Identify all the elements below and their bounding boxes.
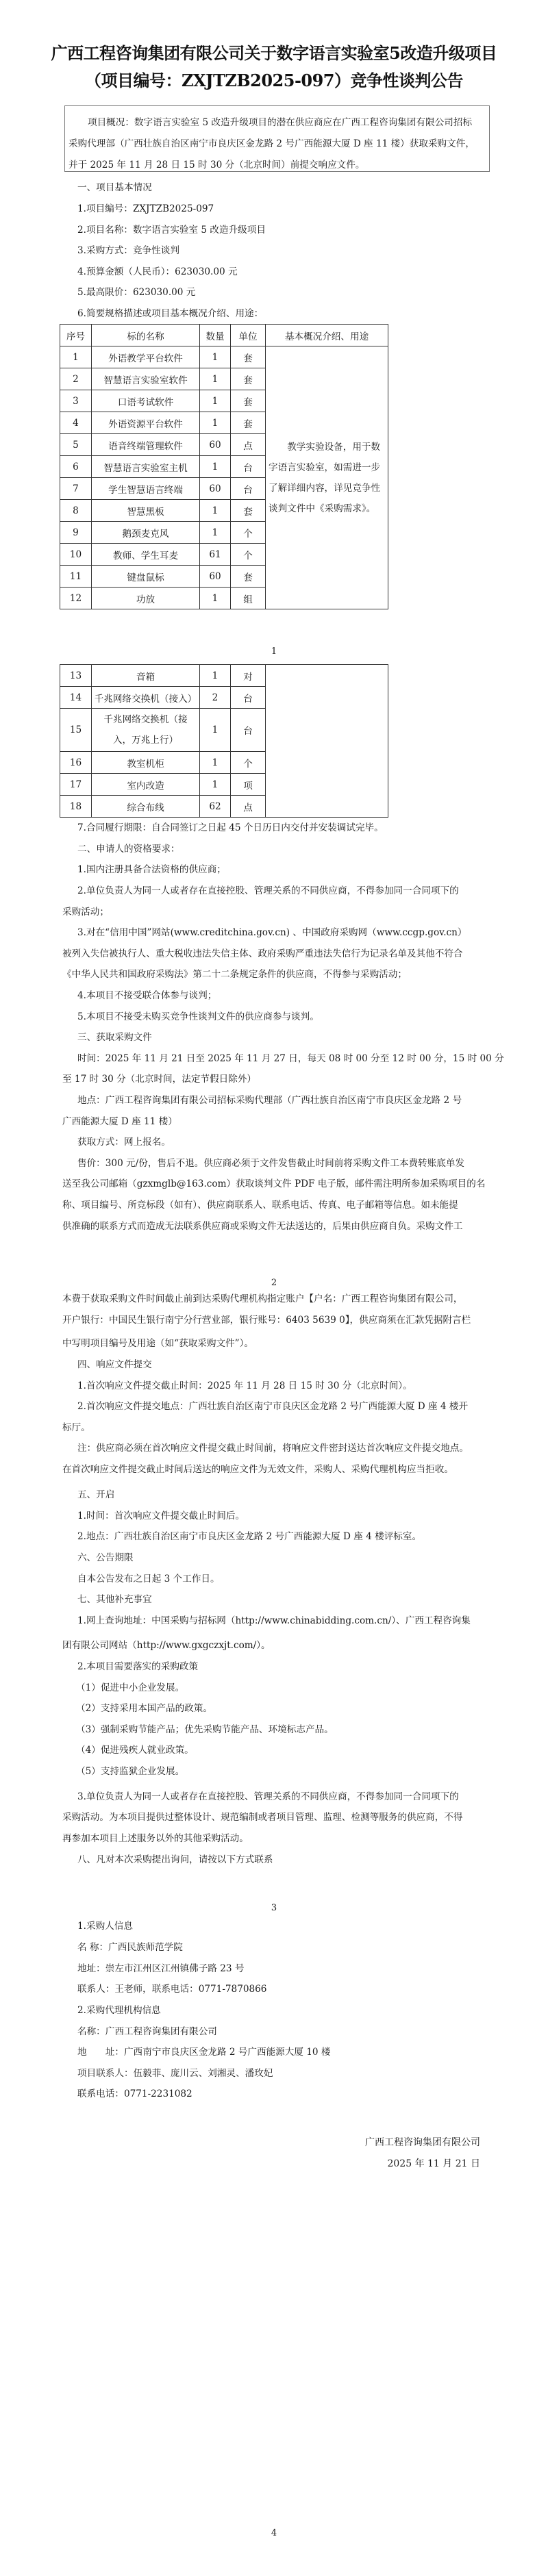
row-unit: 台 — [231, 709, 266, 752]
online-query-b: 团有限公司网站（http://www.gxgczxjt.com/）。 — [62, 1639, 271, 1652]
budget-amount: 4.预算金额（人民币）：623030.00 元 — [77, 266, 238, 278]
row-name: 鹅颈麦克风 — [92, 522, 200, 544]
signature-date: 2025 年 11 月 21 日 — [387, 2156, 480, 2170]
policy-item: （2）支持采用本国产品的政策。 — [76, 1702, 212, 1715]
submission-note-b: 在首次响应文件提交截止时间后送达的响应文件为无效文件，采购人、采购代理机构应当拒… — [62, 1463, 453, 1476]
row-unit: 个 — [231, 544, 266, 566]
row-name: 音箱 — [92, 665, 200, 687]
row-no: 3 — [60, 390, 92, 412]
price-d: 供准确的联系方式而造成无法联系供应商或采购文件无法送达的，后果由供应商自负。采购… — [62, 1220, 463, 1233]
online-query-a: 1.网上查询地址：中国采购与招标网（http://www.chinabiddin… — [77, 1615, 471, 1627]
qualification-4: 4.本项目不接受联合体参与谈判； — [77, 989, 216, 1002]
row-unit: 台 — [231, 478, 266, 500]
row-name: 教师、学生耳麦 — [92, 544, 200, 566]
row-qty: 1 — [200, 665, 231, 687]
row-qty: 1 — [200, 456, 231, 478]
row-unit: 个 — [231, 522, 266, 544]
row-no: 8 — [60, 500, 92, 522]
contract-period: 7.合同履行期限：自合同签订之日起 45 个日历日内交付并安装调试完毕。 — [77, 822, 384, 834]
agency-heading: 2.采购代理机构信息 — [77, 2004, 161, 2017]
row-name: 千兆网络交换机（接入） — [92, 687, 200, 709]
overview-line2: 采购代理部（广西壮族自治区南宁市良庆区金龙路 2 号广西能源大厦 D 座 11 … — [68, 136, 475, 149]
obtain-place-a: 地点：广西工程咨询集团有限公司招标采购代理部（广西壮族自治区南宁市良庆区金龙路 … — [77, 1094, 462, 1107]
row-qty: 60 — [200, 566, 231, 588]
row-qty: 1 — [200, 588, 231, 609]
submission-deadline: 1.首次响应文件提交截止时间：2025 年 11 月 28 日 15 时 30 … — [77, 1380, 412, 1392]
page-number: 3 — [0, 1903, 548, 1913]
row-no: 6 — [60, 456, 92, 478]
agency-contacts: 项目联系人：伍毅菲、庞川云、刘湘灵、潘玫妃 — [77, 2067, 273, 2080]
row-no: 2 — [60, 368, 92, 390]
qualification-5: 5.本项目不接受未购买竞争性谈判文件的供应商参与谈判。 — [77, 1011, 319, 1023]
submission-place-a: 2.首次响应文件提交地点：广西壮族自治区南宁市良庆区金龙路 2 号广西能源大厦 … — [77, 1400, 468, 1413]
purchaser-contact: 联系人：王老师，联系电话：0771-7870866 — [77, 1983, 266, 1995]
row-unit: 套 — [231, 346, 266, 368]
row-unit: 套 — [231, 412, 266, 434]
overview-line3: 并于 2025 年 11 月 28 日 15 时 30 分（北京时间）前提交响应… — [68, 157, 364, 171]
policy-heading: 2.本项目需要落实的采购政策 — [77, 1660, 198, 1673]
row-no: 4 — [60, 412, 92, 434]
row-no: 1 — [60, 346, 92, 368]
purchaser-heading: 1.采购人信息 — [77, 1920, 133, 1932]
row-qty: 1 — [200, 709, 231, 752]
purchaser-name: 名 称：广西民族师范学院 — [77, 1941, 183, 1954]
row-qty: 1 — [200, 368, 231, 390]
price-c: 称、项目编号、所竞标段（如有）、供应商联系人、联系电话、传真、电子邮箱等信息。如… — [62, 1199, 458, 1211]
signature-company: 广西工程咨询集团有限公司 — [365, 2135, 480, 2149]
project-name: 2.项目名称：数字语言实验室 5 改造升级项目 — [77, 224, 266, 236]
row-unit: 套 — [231, 390, 266, 412]
project-overview-box: 项目概况：数字语言实验室 5 改造升级项目的潜在供应商应在广西工程咨询集团有限公… — [64, 105, 490, 172]
row-qty: 1 — [200, 412, 231, 434]
obtain-time-a: 时间：2025 年 11 月 21 日至 2025 年 11 月 27 日，每天… — [77, 1052, 504, 1065]
header-description: 基本概况介绍、用途 — [266, 325, 388, 346]
row-qty: 60 — [200, 434, 231, 456]
qualification-2b: 采购活动； — [62, 906, 109, 918]
agency-address: 地 址：广西南宁市良庆区金龙路 2 号广西能源大厦 10 楼 — [77, 2046, 330, 2058]
related-supplier-a: 3.单位负责人为同一人或者存在直接控股、管理关系的不同供应商，不得参加同一合同项… — [77, 1791, 459, 1803]
row-no: 12 — [60, 588, 92, 609]
row-no: 16 — [60, 752, 92, 774]
row-name: 教室机柜 — [92, 752, 200, 774]
row-unit: 项 — [231, 774, 266, 796]
policy-item: （4）促进残疾人就业政策。 — [76, 1744, 194, 1756]
row-name: 口语考试软件 — [92, 390, 200, 412]
row-description-empty — [266, 665, 388, 818]
row-unit: 台 — [231, 456, 266, 478]
price-b: 送至我公司邮箱（gzxmglb@163.com）获取谈判文件 PDF 电子版，邮… — [62, 1178, 485, 1190]
row-name: 键盘鼠标 — [92, 566, 200, 588]
row-qty: 62 — [200, 796, 231, 818]
project-number: 1.项目编号：ZXJTZB2025-097 — [77, 203, 214, 215]
purchaser-address: 地址：崇左市江州区江州镇佛子路 23 号 — [77, 1962, 244, 1975]
row-unit: 套 — [231, 500, 266, 522]
table-row: 13 音箱 1 对 — [60, 665, 388, 687]
row-qty: 2 — [200, 687, 231, 709]
related-supplier-b: 采购活动。为本项目提供过整体设计、规范编制或者项目管理、监理、检测等服务的供应商… — [62, 1811, 463, 1823]
row-qty: 61 — [200, 544, 231, 566]
section5-heading: 五、开启 — [77, 1489, 114, 1501]
row-description: 教学实验设备，用于数字语言实验室，如需进一步了解详细内容，详见竞争性谈判文件中《… — [266, 346, 388, 609]
row-name: 室内改造 — [92, 774, 200, 796]
section7-heading: 七、其他补充事宜 — [77, 1593, 152, 1606]
policy-item: （5）支持监狱企业发展。 — [76, 1765, 184, 1778]
section6-heading: 六、公告期限 — [77, 1552, 134, 1564]
row-qty: 1 — [200, 390, 231, 412]
row-unit: 台 — [231, 687, 266, 709]
row-no: 5 — [60, 434, 92, 456]
table-header-row: 序号 标的名称 数量 单位 基本概况介绍、用途 — [60, 325, 388, 346]
page-number: 4 — [0, 2528, 548, 2538]
row-no: 9 — [60, 522, 92, 544]
row-no: 7 — [60, 478, 92, 500]
row-no: 17 — [60, 774, 92, 796]
row-unit: 点 — [231, 796, 266, 818]
row-no: 15 — [60, 709, 92, 752]
row-name: 外语教学平台软件 — [92, 346, 200, 368]
row-qty: 1 — [200, 522, 231, 544]
row-unit: 点 — [231, 434, 266, 456]
header-no: 序号 — [60, 325, 92, 346]
row-unit: 套 — [231, 566, 266, 588]
section1-heading: 一、项目基本情况 — [77, 181, 152, 194]
qualification-1: 1.国内注册具备合法资格的供应商； — [77, 863, 226, 876]
submission-place-b: 标厅。 — [62, 1422, 90, 1434]
row-qty: 1 — [200, 346, 231, 368]
header-unit: 单位 — [231, 325, 266, 346]
row-qty: 60 — [200, 478, 231, 500]
section2-heading: 二、申请人的资格要求： — [77, 843, 180, 855]
row-unit: 个 — [231, 752, 266, 774]
submission-note-a: 注：供应商必须在首次响应文件提交截止时间前，将响应文件密封送达首次响应文件提交地… — [77, 1442, 469, 1454]
row-name: 学生智慧语言终端 — [92, 478, 200, 500]
document-title-line2: （项目编号：ZXJTZB2025-097）竞争性谈判公告 — [0, 67, 548, 91]
price-e: 本费于获取采购文件时间截止前到达采购代理机构指定账户【户名：广西工程咨询集团有限… — [62, 1293, 463, 1305]
header-qty: 数量 — [200, 325, 231, 346]
price-a: 售价：300 元/份，售后不退。供应商必须于文件发售截止时间前将采购文件工本费转… — [77, 1157, 464, 1170]
procurement-method: 3.采购方式：竞争性谈判 — [77, 244, 179, 257]
row-name: 综合布线 — [92, 796, 200, 818]
row-no: 18 — [60, 796, 92, 818]
row-qty: 1 — [200, 500, 231, 522]
row-unit: 组 — [231, 588, 266, 609]
row-no: 11 — [60, 566, 92, 588]
qualification-3a: 3.对在“信用中国”网站(www.creditchina.gov.cn) 、中国… — [77, 926, 467, 939]
announcement-period: 自本公告发布之日起 3 个工作日。 — [77, 1573, 220, 1585]
row-name: 智慧语言实验室主机 — [92, 456, 200, 478]
agency-phone: 联系电话：0771-2231082 — [77, 2088, 192, 2100]
obtain-place-b: 广西能源大厦 D 座 11 楼） — [62, 1115, 177, 1128]
section8-heading: 八、凡对本次采购提出询问，请按以下方式联系 — [77, 1854, 273, 1866]
row-name: 外语资源平台软件 — [92, 412, 200, 434]
price-f: 开户银行：中国民生银行南宁分行营业部，银行账号：6403 5639 0】，供应商… — [62, 1314, 471, 1326]
spec-table-part2: 13 音箱 1 对 14 千兆网络交换机（接入） 2 台 15 千兆网络交换机（… — [60, 664, 388, 818]
section4-heading: 四、响应文件提交 — [77, 1359, 152, 1371]
row-name: 智慧黑板 — [92, 500, 200, 522]
qualification-2a: 2.单位负责人为同一人或者存在直接控股、管理关系的不同供应商，不得参加同一合同项… — [77, 885, 459, 897]
row-unit: 套 — [231, 368, 266, 390]
opening-time: 1.时间：首次响应文件提交截止时间后。 — [77, 1510, 245, 1522]
row-name: 智慧语言实验室软件 — [92, 368, 200, 390]
max-price: 5.最高限价：623030.00 元 — [77, 286, 195, 299]
page-number: 1 — [0, 646, 548, 657]
document-title-line1: 广西工程咨询集团有限公司关于数字语言实验室5改造升级项目 — [0, 40, 548, 64]
agency-name: 名称：广西工程咨询集团有限公司 — [77, 2025, 217, 2038]
row-qty: 1 — [200, 752, 231, 774]
price-g: 中写明项目编号及用途（如“获取采购文件”）。 — [62, 1337, 253, 1350]
row-name: 千兆网络交换机（接入，万兆上行） — [92, 709, 200, 752]
row-no: 14 — [60, 687, 92, 709]
overview-line1: 项目概况：数字语言实验室 5 改造升级项目的潜在供应商应在广西工程咨询集团有限公… — [88, 114, 472, 128]
opening-place: 2.地点：广西壮族自治区南宁市良庆区金龙路 2 号广西能源大厦 D 座 4 楼评… — [77, 1530, 421, 1543]
policy-item: （3）强制采购节能产品；优先采购节能产品、环境标志产品。 — [76, 1723, 334, 1736]
qualification-3b: 被列入失信被执行人、重大税收违法失信主体、政府采购严重违法失信行为记录名单及其他… — [62, 948, 463, 960]
spec-intro: 6.简要规格描述或项目基本概况介绍、用途： — [77, 307, 263, 320]
row-name: 功放 — [92, 588, 200, 609]
row-unit: 对 — [231, 665, 266, 687]
policy-item: （1）促进中小企业发展。 — [76, 1682, 184, 1694]
row-no: 10 — [60, 544, 92, 566]
row-name: 语音终端管理软件 — [92, 434, 200, 456]
header-name: 标的名称 — [92, 325, 200, 346]
related-supplier-c: 再参加本项目上述服务以外的其他采购活动。 — [62, 1832, 249, 1845]
obtain-method: 获取方式：网上报名。 — [77, 1136, 171, 1148]
section3-heading: 三、获取采购文件 — [77, 1031, 152, 1044]
obtain-time-b: 至 17 时 30 分（北京时间，法定节假日除外） — [62, 1073, 256, 1085]
spec-table-part1: 序号 标的名称 数量 单位 基本概况介绍、用途 1 外语教学平台软件 1 套 教… — [60, 324, 388, 609]
qualification-3c: 《中华人民共和国政府采购法》第二十二条规定条件的供应商，不得参与采购活动； — [62, 968, 407, 981]
row-qty: 1 — [200, 774, 231, 796]
page-number: 2 — [0, 1278, 548, 1288]
row-no: 13 — [60, 665, 92, 687]
table-row: 1 外语教学平台软件 1 套 教学实验设备，用于数字语言实验室，如需进一步了解详… — [60, 346, 388, 368]
